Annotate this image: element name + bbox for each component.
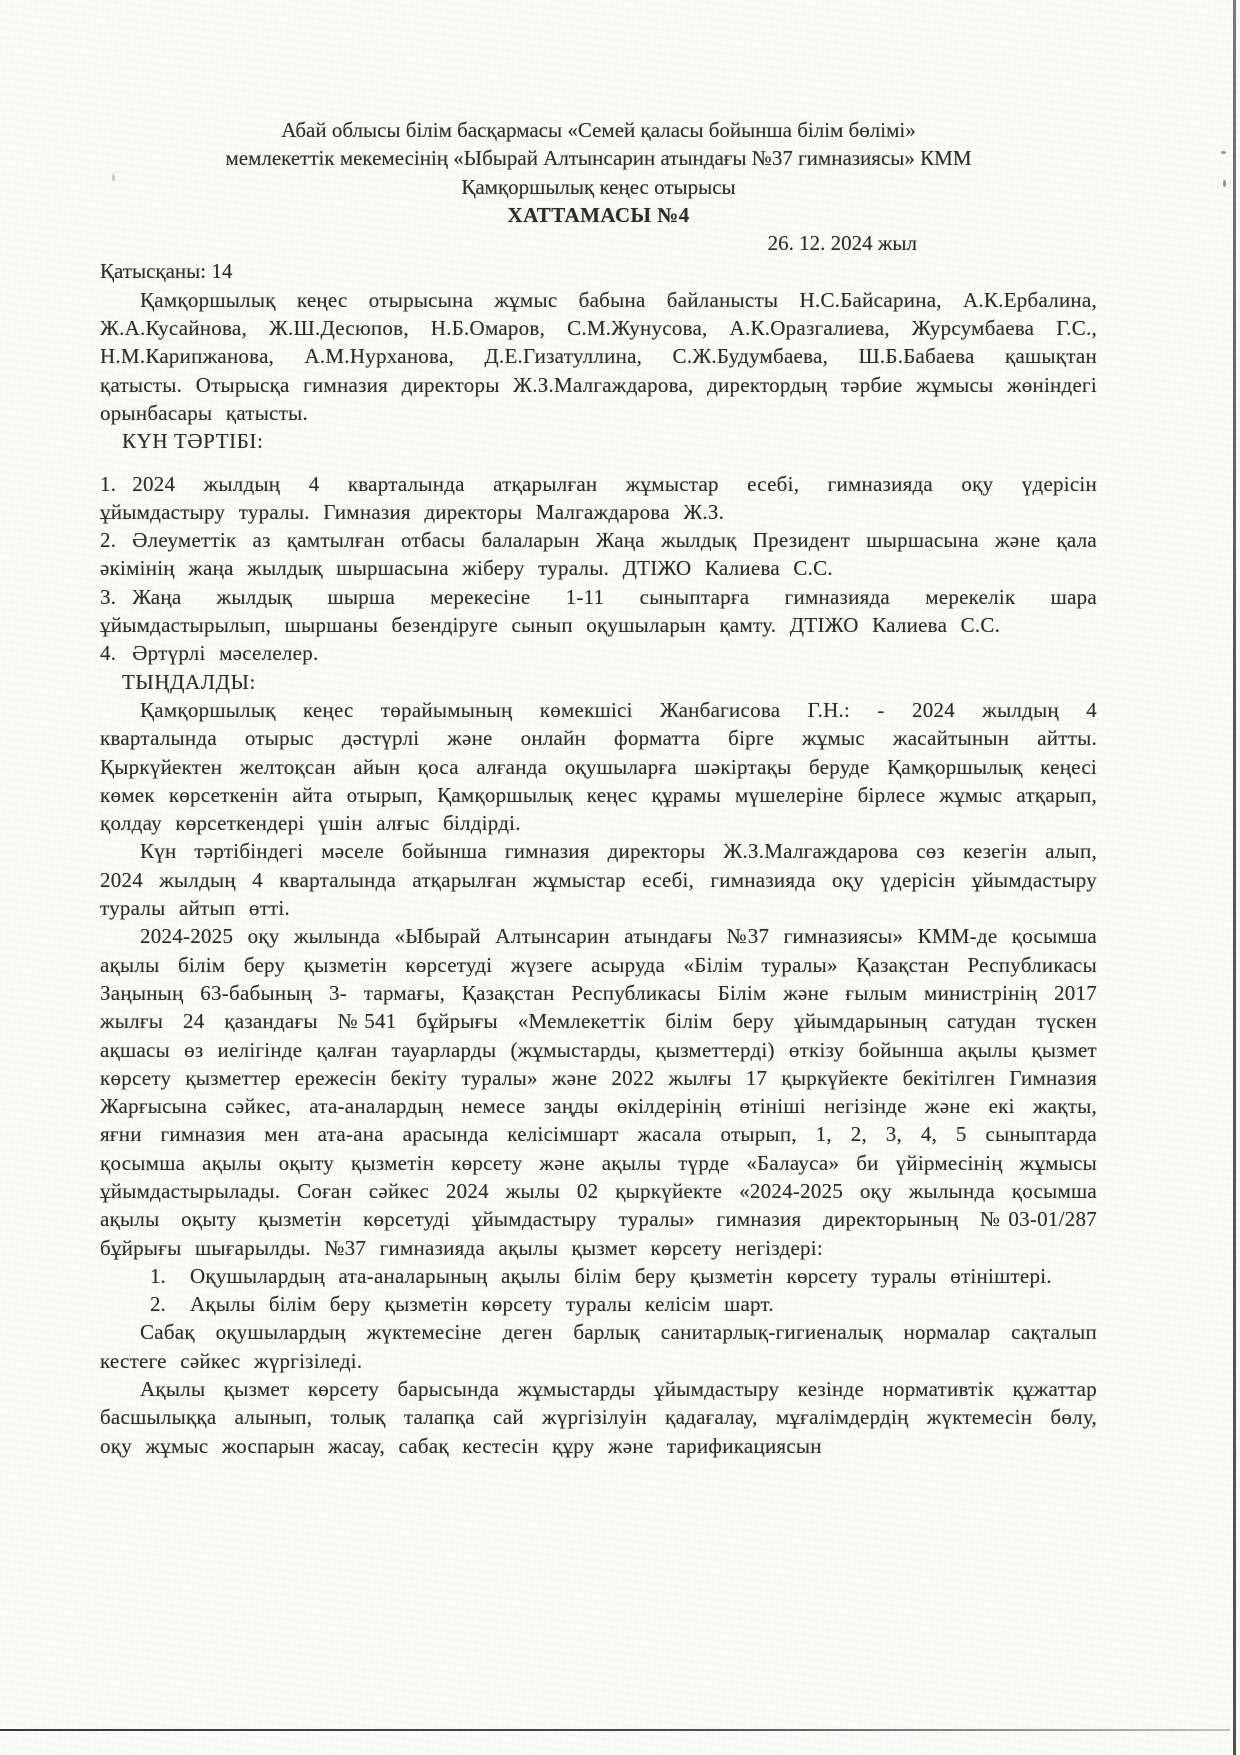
agenda-item-1-number: 1. [100, 472, 132, 496]
heard-paragraph-5: Ақылы қызмет көрсету барысында жұмыстард… [100, 1375, 1097, 1460]
agenda-item-2: 2.Әлеуметтік аз қамтылған отбасы балалар… [100, 526, 1097, 583]
basis-item-1-text: Оқушылардың ата-аналарының ақылы білім б… [190, 1262, 1097, 1290]
scanned-protocol-screenshot: { "doc": { "header": { "org_line1": "Аба… [0, 0, 1240, 1755]
protocol-date: 26. 12. 2024 жыл [100, 229, 1097, 257]
heard-section: Қамқоршылық кеңес төрайымының көмекшісі … [100, 696, 1097, 1460]
agenda-item-4-number: 4. [100, 641, 132, 665]
basis-item-2: 2. Ақылы білім беру қызметін көрсету тур… [150, 1290, 1097, 1318]
org-name-line-1: Абай облысы білім басқармасы «Семей қала… [100, 116, 1097, 144]
scan-speckle [112, 174, 115, 181]
heard-paragraph-1: Қамқоршылық кеңес төрайымының көмекшісі … [100, 696, 1097, 837]
basis-item-2-number: 2. [150, 1290, 190, 1318]
scan-speckle [1223, 180, 1226, 187]
protocol-title: ХАТТАМАСЫ №4 [100, 201, 1097, 229]
org-name-line-2: мемлекеттік мекемесінің «Ыбырай Алтынсар… [100, 144, 1097, 172]
heard-paragraph-2: Күн тәртібіндегі мәселе бойынша гимназия… [100, 837, 1097, 922]
scan-edge-line-right [1233, 0, 1236, 1755]
heard-heading: ТЫҢДАЛДЫ: [100, 668, 1097, 696]
scan-speckle [1221, 151, 1226, 154]
agenda-item-3-text: Жаңа жылдық шырша мерекесіне 1-11 сыныпт… [100, 585, 1097, 637]
agenda-heading: КҮН ТӘРТІБІ: [100, 427, 1097, 455]
agenda-item-2-text: Әлеуметтік аз қамтылған отбасы балаларын… [100, 528, 1097, 580]
protocol-document-page: Абай облысы білім басқармасы «Семей қала… [0, 0, 1240, 1755]
attendance-count: Қатысқаны: 14 [100, 257, 1097, 285]
basis-item-1: 1. Оқушылардың ата-аналарының ақылы білі… [150, 1262, 1097, 1290]
agenda-item-3: 3.Жаңа жылдық шырша мерекесіне 1-11 сыны… [100, 583, 1097, 640]
agenda-item-1: 1.2024 жылдың 4 кварталында атқарылған ж… [100, 470, 1097, 527]
basis-item-1-number: 1. [150, 1262, 190, 1290]
scan-edge-line-bottom [0, 1729, 1230, 1731]
agenda-list: 1.2024 жылдың 4 кварталында атқарылған ж… [100, 470, 1097, 668]
paid-service-basis-list: 1. Оқушылардың ата-аналарының ақылы білі… [150, 1262, 1097, 1319]
agenda-item-4: 4.Әртүрлі мәселелер. [100, 639, 1097, 667]
agenda-item-2-number: 2. [100, 528, 132, 552]
basis-item-2-text: Ақылы білім беру қызметін көрсету туралы… [190, 1290, 1097, 1318]
agenda-item-1-text: 2024 жылдың 4 кварталында атқарылған жұм… [100, 472, 1097, 524]
heard-paragraph-3: 2024-2025 оқу жылында «Ыбырай Алтынсарин… [100, 922, 1097, 1262]
participants-paragraph: Қамқоршылық кеңес отырысына жұмыс бабына… [100, 286, 1097, 427]
agenda-item-3-number: 3. [100, 585, 132, 609]
meeting-type-line: Қамқоршылық кеңес отырысы [100, 173, 1097, 201]
heard-paragraph-4: Сабақ оқушылардың жүктемесіне деген барл… [100, 1318, 1097, 1375]
document-header: Абай облысы білім басқармасы «Семей қала… [100, 116, 1097, 257]
agenda-item-4-text: Әртүрлі мәселелер. [132, 641, 318, 665]
